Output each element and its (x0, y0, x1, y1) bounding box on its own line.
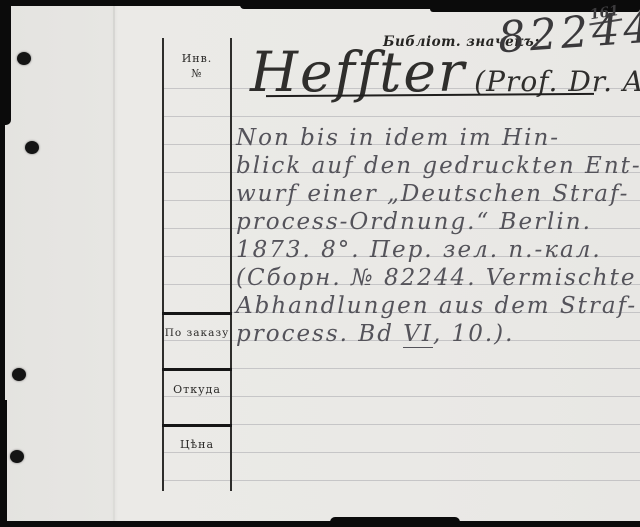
price-label: Цѣна (162, 438, 232, 451)
inventory-number-label-line1: Инв. (162, 52, 232, 65)
body-line-5: 1873. 8°. Пер. зел. п.-кал. (236, 237, 602, 263)
scan-edge-bottom (0, 521, 640, 527)
column-divider-3 (162, 424, 232, 427)
punch-hole-4 (10, 450, 24, 463)
punch-hole-2 (25, 141, 39, 154)
body-line-3: wurf einer „Deutschen Straf- (236, 181, 629, 207)
body-line-8-pre: process. Bd (236, 321, 403, 347)
body-line-2: blick auf den gedruckten Ent- (236, 153, 640, 179)
scan-edge-left-top (0, 0, 11, 125)
body-line-1: Non bis in idem im Hin- (236, 125, 560, 151)
column-divider-1 (162, 312, 232, 315)
body-line-8-volume: VI (403, 321, 433, 348)
scan-edge-top-mid (240, 0, 440, 9)
card-crease (113, 0, 115, 527)
body-line-8: process. Bd VI, 10.). (236, 321, 514, 347)
scan-edge-left-bottom (0, 400, 7, 527)
catalog-card-scan: Инв. № По заказу Откуда Цѣна Библіот. зн… (0, 0, 640, 527)
body-line-8-post: , 10.). (433, 321, 514, 347)
ordered-by-label: По заказу (162, 327, 232, 339)
body-line-4: process-Ordnung.“ Berlin. (236, 209, 592, 235)
column-divider-2 (162, 368, 232, 371)
body-line-7: Abhandlungen aus dem Straf- (236, 293, 637, 319)
body-line-6: (Сборн. № 82244. Vermischte (236, 265, 636, 291)
origin-label: Откуда (162, 383, 232, 396)
punch-hole-1 (17, 52, 31, 65)
punch-hole-3 (12, 368, 26, 381)
inventory-number-label-line2: № (162, 67, 232, 80)
scan-edge-bottom-bump (330, 517, 460, 527)
